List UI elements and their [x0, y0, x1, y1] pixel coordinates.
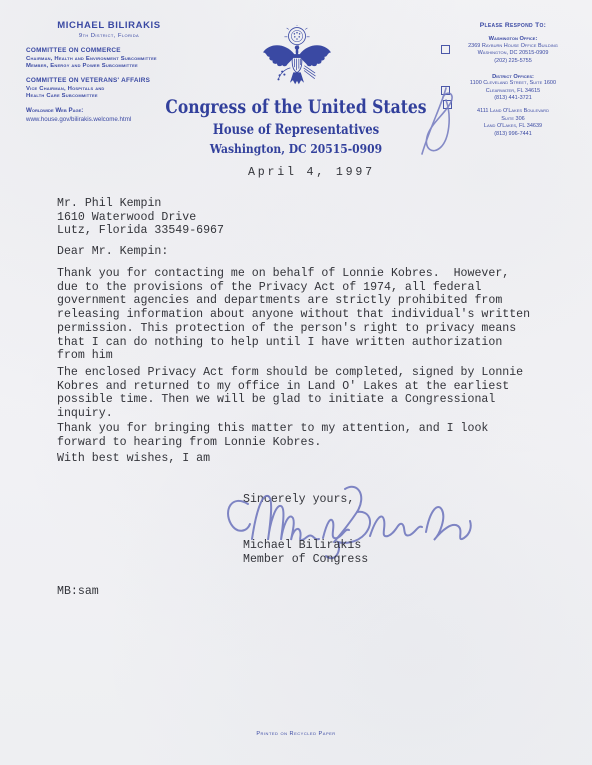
recycled-paper-note: Printed on Recycled Paper — [0, 731, 592, 737]
committee-commerce-title: COMMITTEE ON COMMERCE — [26, 47, 192, 54]
washington-address-line: 2369 Rayburn House Office Building — [448, 43, 578, 50]
member-district: 9th District, Florida — [26, 33, 192, 39]
committee-commerce-role-1: Chairman, Health and Environment Subcomm… — [26, 56, 192, 62]
typist-reference: MB:sam — [57, 585, 577, 599]
committee-veterans-title: COMMITTEE ON VETERANS' AFFAIRS — [26, 77, 192, 84]
district-offices-label: District Offices: — [448, 74, 578, 80]
washington-office-label: Washington Office: — [448, 36, 578, 42]
washington-office-checkbox — [441, 45, 450, 54]
clearwater-address-line: Clearwater, FL 34615 — [448, 88, 578, 95]
member-name: MICHAEL BILIRAKIS — [26, 20, 192, 31]
body-paragraph-2: The enclosed Privacy Act form should be … — [57, 366, 577, 421]
committee-veterans-role-1: Vice Chairman, Hospitals and — [26, 86, 192, 92]
letter-page: MICHAEL BILIRAKIS 9th District, Florida … — [0, 0, 592, 765]
letter-date: April 4, 1997 — [248, 166, 448, 180]
washington-address-line: Washington, DC 20515-0909 — [448, 50, 578, 57]
respond-title: Please Respond To: — [448, 22, 578, 29]
salutation: Dear Mr. Kempin: — [57, 245, 577, 259]
clearwater-address-line: 1100 Cleveland Street, Suite 1600 — [448, 80, 578, 87]
signer-name: Michael Bilirakis — [243, 539, 592, 553]
seal-stars — [294, 32, 301, 40]
signer-title: Member of Congress — [243, 553, 592, 567]
org-washington-line: Washington, DC 20515-0909 — [41, 141, 550, 156]
great-seal-icon — [260, 25, 334, 104]
org-house-line: House of Representatives — [41, 122, 550, 138]
washington-phone: (202) 225-5755 — [448, 58, 578, 65]
body-paragraph-1: Thank you for contacting me on behalf of… — [57, 267, 577, 363]
recipient-address: Mr. Phil Kempin 1610 Waterwood Drive Lut… — [57, 197, 577, 238]
org-block: Congress of the United States House of R… — [0, 96, 592, 156]
org-congress-line: Congress of the United States — [53, 96, 538, 118]
committee-commerce-role-2: Member, Energy and Power Subcommittee — [26, 63, 192, 69]
body-paragraph-3: Thank you for bringing this matter to my… — [57, 422, 577, 449]
valediction: With best wishes, I am — [57, 452, 577, 466]
